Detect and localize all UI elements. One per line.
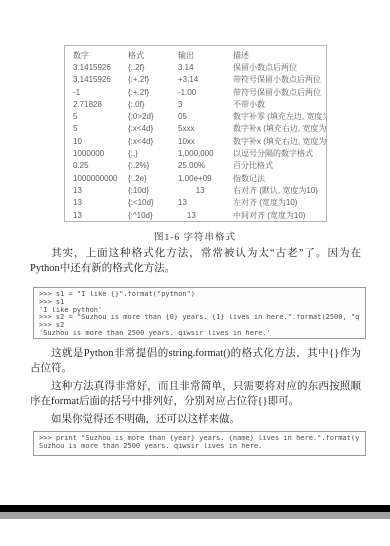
table-cell: {:10d} — [128, 186, 178, 195]
paragraph-string-format: 这就是Python非常提倡的string.format()的格式化方法，其中{}… — [30, 346, 361, 376]
table-cell: 以逗号分隔的数字格式 — [233, 148, 326, 159]
table-cell: 10 — [65, 137, 128, 146]
table-cell: 3.1415926 — [65, 63, 128, 72]
table-row: 1000000{:,}1,000,000以逗号分隔的数字格式 — [65, 147, 326, 159]
code-line: 'I like python' — [39, 307, 363, 315]
table-cell: 05 — [178, 112, 233, 121]
table-cell: 右对齐 (默认, 宽度为10) — [233, 185, 326, 196]
table-cell: 10xx — [178, 137, 233, 146]
scan-bottom-black-bar — [0, 505, 390, 512]
table-cell: -1 — [65, 88, 128, 97]
table-cell: {:.2%} — [128, 161, 178, 170]
table-cell: 带符号保留小数点后两位 — [233, 87, 326, 98]
table-row: 3.1415926{:.2f}3.14保留小数点后两位 — [65, 61, 326, 73]
table-cell: 13 — [65, 186, 128, 195]
table-row: 5{:0>2d}05数字补零 (填充左边, 宽度为2) — [65, 110, 326, 122]
code-line: >>> s1 = "I like {}".format("python") — [39, 291, 363, 299]
table-row: 13{:10d} 13右对齐 (默认, 宽度为10) — [65, 184, 326, 196]
code-block-named-placeholder: >>> print "Suzhou is more than {year} ye… — [33, 431, 366, 456]
table-cell: {:.2f} — [128, 63, 178, 72]
table-cell: 5 — [65, 112, 128, 121]
table-row: 5{:x<4d}5xxx数字补x (填充右边, 宽度为4) — [65, 123, 326, 135]
table-cell: 13 — [178, 211, 233, 220]
table-cell: {:.0f} — [128, 100, 178, 109]
table-cell: 百分比格式 — [233, 160, 326, 171]
table-row: 2.71828{:.0f}3不带小数 — [65, 98, 326, 110]
table-row: -1{:+.2f}-1.00带符号保留小数点后两位 — [65, 86, 326, 98]
table-cell: {:.2e} — [128, 174, 178, 183]
table-cell: 保留小数点后两位 — [233, 62, 326, 73]
table-cell: 3.14 — [178, 63, 233, 72]
table-cell: {:^10d} — [128, 211, 178, 220]
table-cell: 1,000,000 — [178, 149, 233, 158]
table-cell: 不带小数 — [233, 99, 326, 110]
table-cell: 13 — [65, 211, 128, 220]
table-cell: 数字补零 (填充左边, 宽度为2) — [233, 111, 326, 122]
table-cell: {:x<4d} — [128, 124, 178, 133]
code-block-format-example: >>> s1 = "I like {}".format("python")>>>… — [33, 287, 366, 339]
paragraph-method-explanation: 这种方法真得非常好，而且非常简单，只需要将对应的东西按照顺序在format后面的… — [30, 379, 361, 409]
table-cell: 5 — [65, 124, 128, 133]
table-cell: +3.14 — [178, 75, 233, 84]
table-cell: 3 — [178, 100, 233, 109]
table-cell: 数字补x (填充右边, 宽度为4) — [233, 123, 326, 134]
table-header-cell: 数字 — [65, 50, 128, 61]
table-cell: {:0>2d} — [128, 112, 178, 121]
book-page: 数字格式输出描述3.1415926{:.2f}3.14保留小数点后两位3.141… — [0, 0, 390, 546]
code-line: 'Suzhou is more than 2500 years. qiwsir … — [39, 330, 363, 338]
table-cell: 2.71828 — [65, 100, 128, 109]
table-cell: 带符号保留小数点后两位 — [233, 74, 326, 85]
table-cell: {:<10d} — [128, 198, 178, 207]
table-cell: -1.00 — [178, 88, 233, 97]
table-header-cell: 描述 — [233, 50, 326, 61]
table-row: 3.1415926{:+.2f}+3.14带符号保留小数点后两位 — [65, 74, 326, 86]
table-cell: 3.1415926 — [65, 75, 128, 84]
code-line: >>> s2 = "Suzhou is more than {0} years.… — [39, 314, 363, 322]
table-cell: 1.00e+09 — [178, 174, 233, 183]
table-cell: 1000000000 — [65, 174, 128, 183]
table-cell: 中间对齐 (宽度为10) — [233, 210, 326, 221]
code-line: >>> s1 — [39, 299, 363, 307]
code-line: >>> print "Suzhou is more than {year} ye… — [39, 435, 363, 443]
table-cell: 0.25 — [65, 161, 128, 170]
table-row: 1000000000{:.2e}1.00e+09指数记法 — [65, 172, 326, 184]
table-row: 10{:x<4d}10xx数字补x (填充右边, 宽度为4) — [65, 135, 326, 147]
code-line: >>> s2 — [39, 322, 363, 330]
paragraph-alternative: 如果你觉得还不明确，还可以这样来做。 — [30, 412, 361, 427]
table-cell: {:+.2f} — [128, 75, 178, 84]
table-row: 13{:<10d}13左对齐 (宽度为10) — [65, 197, 326, 209]
string-format-table: 数字格式输出描述3.1415926{:.2f}3.14保留小数点后两位3.141… — [64, 45, 327, 222]
scan-bottom-gray-bar — [0, 512, 390, 519]
paragraph-intro: 其实，上面这种格式化方法，常常被认为太“古老”了。因为在Python中还有新的格… — [30, 246, 361, 276]
code-line: Suzhou is more than 2500 years. qiwsir l… — [39, 443, 363, 451]
table-cell: 13 — [178, 198, 233, 207]
table-cell: 指数记法 — [233, 173, 326, 184]
table-row: 13{:^10d} 13中间对齐 (宽度为10) — [65, 209, 326, 221]
table-cell: 13 — [65, 198, 128, 207]
table-cell: {:,} — [128, 149, 178, 158]
table-cell: 5xxx — [178, 124, 233, 133]
table-cell: 左对齐 (宽度为10) — [233, 197, 326, 208]
table-header-cell: 格式 — [128, 50, 178, 61]
table-cell: {:+.2f} — [128, 88, 178, 97]
table-cell: 25.00% — [178, 161, 233, 170]
table-cell: {:x<4d} — [128, 137, 178, 146]
table-header-row: 数字格式输出描述 — [65, 49, 326, 61]
table-row: 0.25{:.2%}25.00%百分比格式 — [65, 160, 326, 172]
table-cell: 数字补x (填充右边, 宽度为4) — [233, 136, 326, 147]
table-cell: 13 — [178, 186, 233, 195]
table-cell: 1000000 — [65, 149, 128, 158]
table-header-cell: 输出 — [178, 50, 233, 61]
figure-caption: 图1-6 字符串格式 — [0, 229, 390, 243]
